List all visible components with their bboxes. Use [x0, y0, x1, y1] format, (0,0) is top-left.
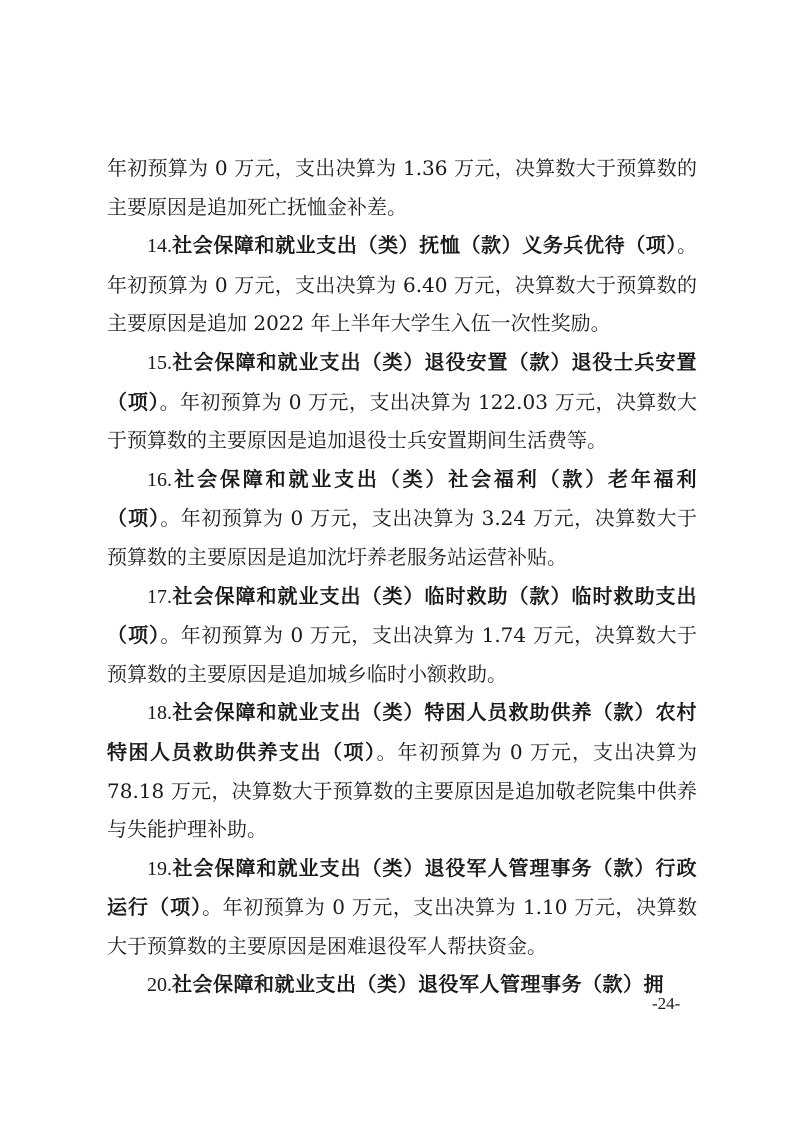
body-text: 年初预算为 0 万元，支出决算为 1.36 万元，决算数大于预算数的主要原因是追… — [107, 149, 697, 1005]
item-title: 社会保障和就业支出（类）退役军人管理事务（款）拥 — [172, 972, 664, 996]
item-number: 14. — [147, 235, 172, 257]
item-body: 。年初预算为 0 万元，支出决算为 1.74 万元，决算数大于预算数的主要原因是… — [107, 623, 697, 686]
item-number: 17. — [147, 586, 172, 608]
continuation-paragraph: 年初预算为 0 万元，支出决算为 1.36 万元，决算数大于预算数的主要原因是追… — [107, 149, 697, 226]
item-number: 18. — [147, 702, 172, 724]
item-17: 17.社会保障和就业支出（类）临时救助（款）临时救助支出（项）。年初预算为 0 … — [107, 577, 697, 694]
item-number: 16. — [147, 469, 172, 491]
document-page: 年初预算为 0 万元，支出决算为 1.36 万元，决算数大于预算数的主要原因是追… — [0, 0, 793, 1122]
item-18: 18.社会保障和就业支出（类）特困人员救助供养（款）农村特困人员救助供养支出（项… — [107, 693, 697, 848]
item-16: 16.社会保障和就业支出（类）社会福利（款）老年福利（项）。年初预算为 0 万元… — [107, 460, 697, 577]
item-14: 14.社会保障和就业支出（类）抚恤（款）义务兵优待（项）。年初预算为 0 万元，… — [107, 226, 697, 343]
item-body: 。年初预算为 0 万元，支出决算为 122.03 万元，决算数大于预算数的主要原… — [107, 390, 697, 453]
item-number: 19. — [147, 858, 172, 880]
item-19: 19.社会保障和就业支出（类）退役军人管理事务（款）行政运行（项）。年初预算为 … — [107, 849, 697, 966]
item-20: 20.社会保障和就业支出（类）退役军人管理事务（款）拥 — [107, 965, 697, 1005]
item-title: 社会保障和就业支出（类）抚恤（款）义务兵优待（项） — [172, 233, 677, 257]
item-body: 。年初预算为 0 万元，支出决算为 3.24 万元，决算数大于预算数的主要原因是… — [107, 506, 697, 569]
item-15: 15.社会保障和就业支出（类）退役安置（款）退役士兵安置（项）。年初预算为 0 … — [107, 343, 697, 460]
page-number: -24- — [652, 994, 680, 1014]
item-number: 15. — [147, 352, 172, 374]
item-number: 20. — [147, 974, 172, 996]
